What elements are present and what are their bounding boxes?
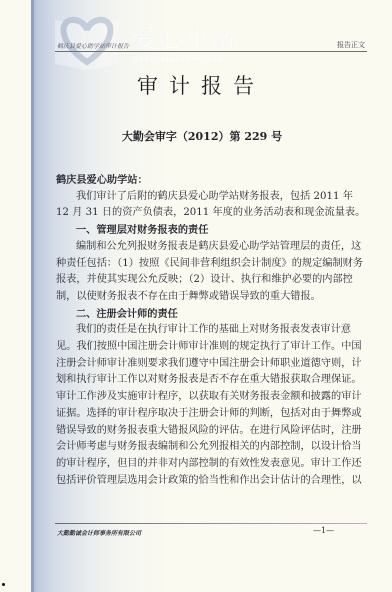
firm-name-footer: 大勤勤诚会计师事务所有限公司 bbox=[57, 528, 141, 537]
addressee: 鹤庆县爱心助学站： bbox=[56, 172, 368, 189]
document-title: 审计报告 bbox=[0, 70, 392, 100]
watermark-url: aixinxiaozhan.com bbox=[134, 55, 223, 63]
page-number: —1— bbox=[313, 526, 334, 535]
header-rule bbox=[55, 51, 367, 52]
running-header-right: 报告正文 bbox=[337, 40, 365, 50]
footer-rule bbox=[55, 523, 367, 524]
section-heading-auditor: 二、注册会计师的责任 bbox=[56, 306, 368, 323]
intro-paragraph: 我们审计了后附的鹤庆县爱心助学站财务报表，包括 2011 年 12 月 31 日… bbox=[56, 189, 368, 222]
document-number: 大勤会审字（2012）第 229 号 bbox=[0, 128, 392, 144]
scan-speck bbox=[2, 583, 5, 586]
section-heading-management: 一、管理层对财务报表的责任 bbox=[56, 222, 368, 239]
report-body: 鹤庆县爱心助学站： 我们审计了后附的鹤庆县爱心助学站财务报表，包括 2011 年… bbox=[56, 172, 368, 489]
section-text-management: 编制和公允列报财务报表是鹤庆县爱心助学站管理层的责任，这种责任包括：（1）按照《… bbox=[56, 239, 368, 306]
section-text-auditor: 我们的责任是在执行审计工作的基础上对财务报表发表审计意见。我们按照中国注册会计师… bbox=[56, 322, 368, 489]
watermark-text: 爱心小站 bbox=[133, 19, 237, 54]
running-header-left: 鹤庆县爱心助学站审计报告 bbox=[57, 41, 129, 50]
